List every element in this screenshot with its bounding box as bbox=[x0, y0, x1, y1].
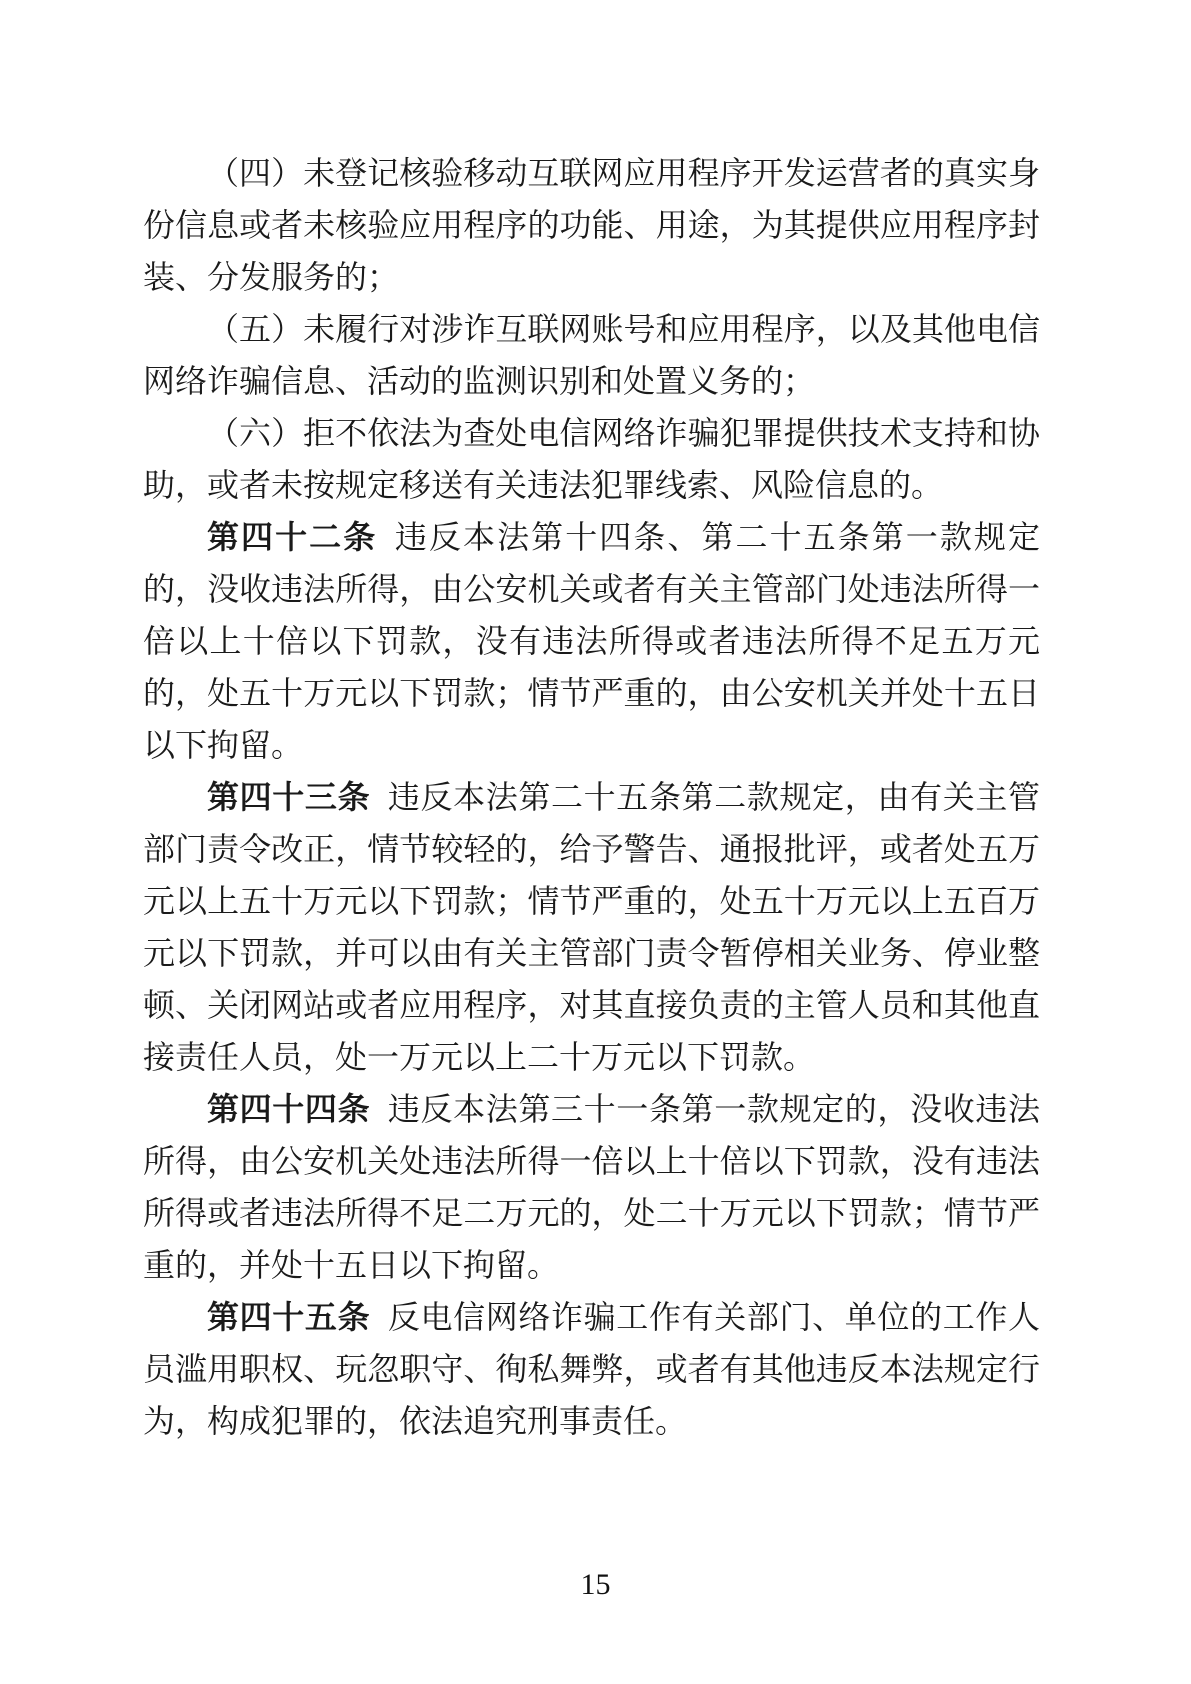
clause-item-6: （六）拒不依法为查处电信网络诈骗犯罪提供技术支持和协助，或者未按规定移送有关违法… bbox=[143, 407, 1040, 511]
clause-text: （四）未登记核验移动互联网应用程序开发运营者的真实身份信息或者未核验应用程序的功… bbox=[143, 155, 1040, 295]
document-page: （四）未登记核验移动互联网应用程序开发运营者的真实身份信息或者未核验应用程序的功… bbox=[0, 0, 1191, 1684]
article-number: 第四十二条 bbox=[207, 519, 377, 555]
clause-item-4: （四）未登记核验移动互联网应用程序开发运营者的真实身份信息或者未核验应用程序的功… bbox=[143, 147, 1040, 303]
article-42: 第四十二条违反本法第十四条、第二十五条第一款规定的，没收违法所得，由公安机关或者… bbox=[143, 511, 1040, 771]
article-number: 第四十四条 bbox=[207, 1091, 370, 1127]
article-45: 第四十五条反电信网络诈骗工作有关部门、单位的工作人员滥用职权、玩忽职守、徇私舞弊… bbox=[143, 1291, 1040, 1447]
article-44: 第四十四条违反本法第三十一条第一款规定的，没收违法所得，由公安机关处违法所得一倍… bbox=[143, 1083, 1040, 1291]
article-number: 第四十五条 bbox=[207, 1299, 370, 1335]
clause-text: （五）未履行对涉诈互联网账号和应用程序，以及其他电信网络诈骗信息、活动的监测识别… bbox=[143, 311, 1040, 399]
article-43: 第四十三条违反本法第二十五条第二款规定，由有关主管部门责令改正，情节较轻的，给予… bbox=[143, 771, 1040, 1083]
clause-text: （六）拒不依法为查处电信网络诈骗犯罪提供技术支持和协助，或者未按规定移送有关违法… bbox=[143, 415, 1040, 503]
article-number: 第四十三条 bbox=[207, 779, 370, 815]
article-text: 违反本法第二十五条第二款规定，由有关主管部门责令改正，情节较轻的，给予警告、通报… bbox=[143, 779, 1040, 1075]
article-text: 违反本法第十四条、第二十五条第一款规定的，没收违法所得，由公安机关或者有关主管部… bbox=[143, 519, 1040, 763]
document-body: （四）未登记核验移动互联网应用程序开发运营者的真实身份信息或者未核验应用程序的功… bbox=[143, 147, 1040, 1447]
page-number: 15 bbox=[0, 1568, 1191, 1602]
clause-item-5: （五）未履行对涉诈互联网账号和应用程序，以及其他电信网络诈骗信息、活动的监测识别… bbox=[143, 303, 1040, 407]
